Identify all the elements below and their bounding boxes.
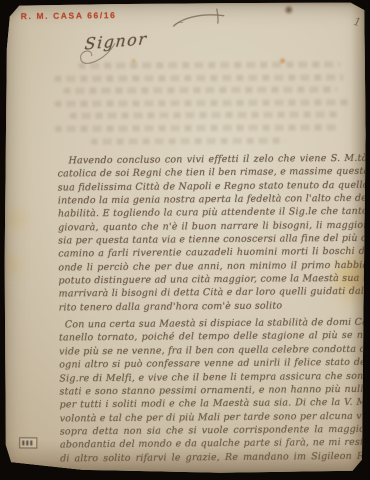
bleed-line bbox=[91, 137, 286, 144]
bleed-line bbox=[54, 99, 349, 107]
archive-stamp bbox=[19, 437, 37, 448]
ink-spot bbox=[284, 5, 294, 14]
manuscript-photo: R. M. CASA 66/16 1 Signor Havendo conclu… bbox=[0, 0, 370, 480]
paragraph-2: Con una certa sua Maestà si dispiace la … bbox=[59, 316, 370, 465]
bleed-line bbox=[63, 87, 337, 94]
manuscript-page: R. M. CASA 66/16 1 Signor Havendo conclu… bbox=[3, 1, 367, 474]
margin-stain bbox=[4, 253, 24, 277]
bleed-line bbox=[54, 74, 343, 82]
bleed-line bbox=[70, 112, 338, 119]
letter-body: Havendo concluso con vivi effetti il zel… bbox=[57, 152, 370, 466]
paragraph-1: Havendo concluso con vivi effetti il zel… bbox=[57, 152, 368, 315]
manuscript-line: di altro solito rifarvi le grazie, Re ma… bbox=[60, 449, 370, 465]
bleed-line bbox=[55, 124, 338, 131]
verso-bleed-through bbox=[54, 61, 358, 151]
margin-stain bbox=[6, 206, 28, 232]
folio-number: 1 bbox=[352, 15, 362, 29]
flourish-icon bbox=[71, 42, 123, 72]
manuscript-line: rito tenero dalla grand'hora com'è suo s… bbox=[59, 299, 369, 315]
archival-shelfmark: R. M. CASA 66/16 bbox=[21, 10, 117, 21]
manuscript-line: marrivarà li bisogni di detta Cità e dar… bbox=[59, 285, 369, 301]
invocation-cross-icon bbox=[172, 6, 234, 32]
